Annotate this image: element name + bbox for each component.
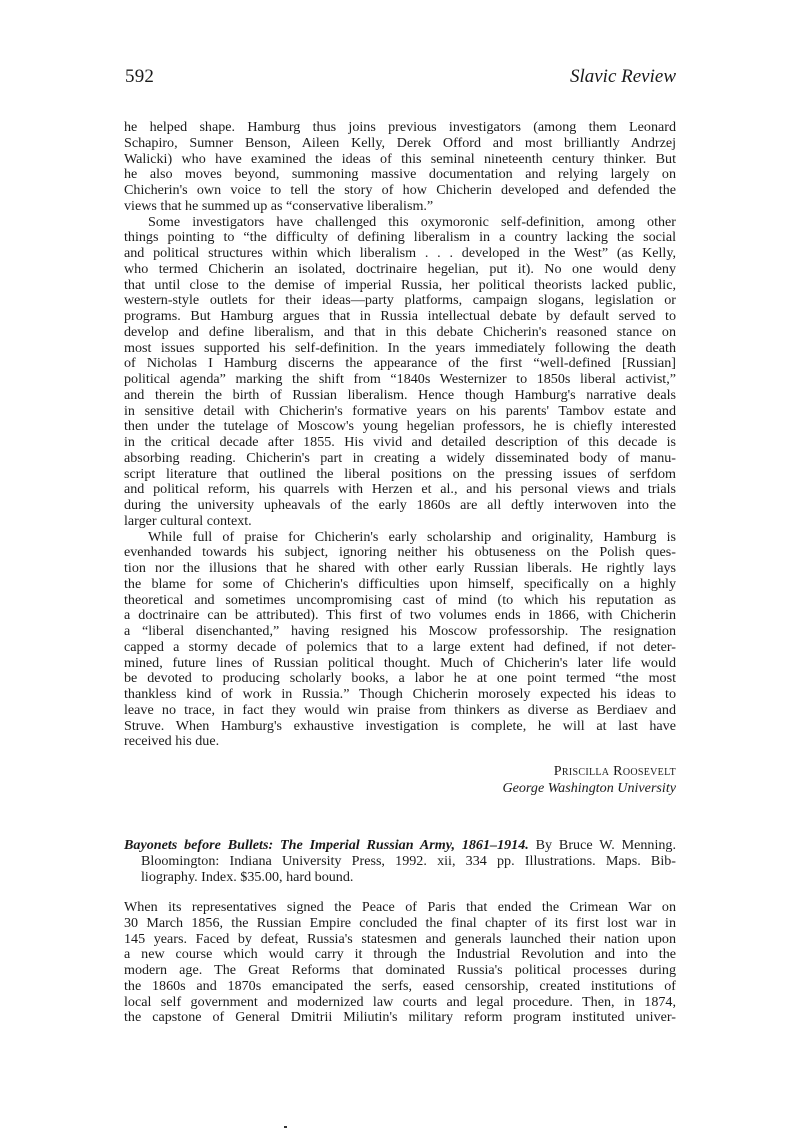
text-line: and political structures within which li… — [124, 246, 676, 262]
text-line: received his due. — [124, 734, 676, 750]
reviewer-affiliation: George Washington University — [276, 780, 676, 797]
text-line: in the critical decade after 1855. His v… — [124, 435, 676, 451]
text-line: local self government and modernized law… — [124, 995, 676, 1011]
text-line: be devoted to producing scholarly books,… — [124, 671, 676, 687]
text-line: Struve. When Hamburg's exhaustive invest… — [124, 719, 676, 735]
book-title: Bayonets before Bullets: The Imperial Ru… — [124, 837, 529, 853]
citation-line: liography. Index. $35.00, hard bound. — [124, 870, 676, 886]
text-line: he also moves beyond, summoning massive … — [124, 167, 676, 183]
text-line: a new course which would carry it throug… — [124, 947, 676, 963]
text-line: develop and define liberalism, and that … — [124, 325, 676, 341]
text-line: most issues supported his self-definitio… — [124, 341, 676, 357]
text-line: capped a stormy decade of polemics that … — [124, 640, 676, 656]
text-line: leave no trace, in fact they would win p… — [124, 703, 676, 719]
reviewer-name: Priscilla Roosevelt — [276, 763, 676, 780]
text-line: the blame for some of Chicherin's diffic… — [124, 577, 676, 593]
text-line: he helped shape. Hamburg thus joins prev… — [124, 120, 676, 136]
text-line: While full of praise for Chicherin's ear… — [124, 530, 676, 546]
text-line: When its representatives signed the Peac… — [124, 900, 676, 916]
text-line: mined, future lines of Russian political… — [124, 656, 676, 672]
text-line: in sensitive detail with Chicherin's for… — [124, 404, 676, 420]
scan-speck — [284, 1126, 287, 1128]
book-author: By Bruce W. Menning. — [529, 837, 676, 853]
text-line: and political reform, his quarrels with … — [124, 482, 676, 498]
text-line: absorbing reading. Chicherin's part in c… — [124, 451, 676, 467]
text-line: then under the tutelage of Moscow's youn… — [124, 419, 676, 435]
text-line: who termed Chicherin an isolated, doctri… — [124, 262, 676, 278]
text-line: views that he summed up as “conservative… — [124, 199, 676, 215]
text-line: and therein the birth of Russian liberal… — [124, 388, 676, 404]
text-line: 145 years. Faced by defeat, Russia's sta… — [124, 932, 676, 948]
text-line: western-style outlets for their ideas—pa… — [124, 293, 676, 309]
text-line: that until close to the demise of imperi… — [124, 278, 676, 294]
text-line: 30 March 1856, the Russian Empire conclu… — [124, 916, 676, 932]
text-line: things pointing to “the difficulty of de… — [124, 230, 676, 246]
text-line: during the university upheavals of the e… — [124, 498, 676, 514]
text-line: of Nicholas I Hamburg discerns the appea… — [124, 356, 676, 372]
text-line: larger cultural context. — [124, 514, 676, 530]
text-line: the capstone of General Dmitrii Miliutin… — [124, 1010, 676, 1026]
review1-paragraph-3: While full of praise for Chicherin's ear… — [124, 530, 676, 751]
review1-paragraph-2: Some investigators have challenged this … — [124, 215, 676, 530]
review2-paragraph-1: When its representatives signed the Peac… — [124, 900, 676, 1026]
text-line: a “liberal disenchanted,” having resigne… — [124, 624, 676, 640]
text-line: tion nor the illusions that he shared wi… — [124, 561, 676, 577]
review1-signature: Priscilla Roosevelt George Washington Un… — [276, 763, 676, 797]
text-line: the 1860s and 1870s emancipated the serf… — [124, 979, 676, 995]
text-line: theoretical and sometimes uncompromising… — [124, 593, 676, 609]
text-line: political agenda” marking the shift from… — [124, 372, 676, 388]
page-number: 592 — [125, 66, 154, 88]
text-line: thankless kind of work in Russia.” Thoug… — [124, 687, 676, 703]
citation-line: Bloomington: Indiana University Press, 1… — [124, 854, 676, 870]
text-line: Schapiro, Sumner Benson, Aileen Kelly, D… — [124, 136, 676, 152]
review2-citation: Bayonets before Bullets: The Imperial Ru… — [124, 838, 676, 885]
text-line: a doctrinaire can be attributed). This f… — [124, 608, 676, 624]
journal-title: Slavic Review — [570, 66, 676, 88]
citation-line: Bayonets before Bullets: The Imperial Ru… — [124, 838, 676, 854]
text-line: script literature that outlined the libe… — [124, 467, 676, 483]
text-line: modern age. The Great Reforms that domin… — [124, 963, 676, 979]
review1-paragraph-1: he helped shape. Hamburg thus joins prev… — [124, 120, 676, 215]
running-head: 592 Slavic Review — [124, 66, 676, 88]
text-line: Some investigators have challenged this … — [124, 215, 676, 231]
text-line: evenhanded towards his subject, ignoring… — [124, 545, 676, 561]
text-line: Walicki) who have examined the ideas of … — [124, 152, 676, 168]
text-line: Chicherin's own voice to tell the story … — [124, 183, 676, 199]
text-line: programs. But Hamburg argues that in Rus… — [124, 309, 676, 325]
